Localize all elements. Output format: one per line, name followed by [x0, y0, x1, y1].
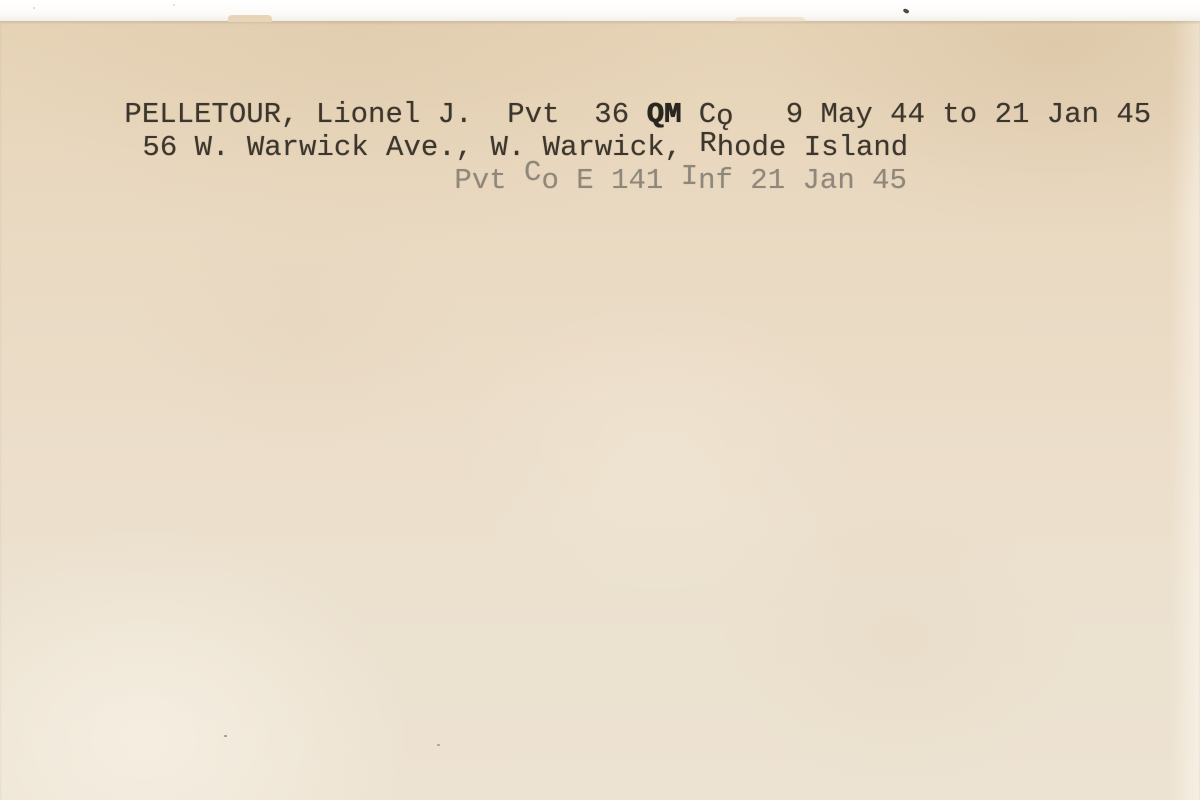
transfer-unit-text: o E 141 [541, 164, 680, 197]
transfer-rank-text: Pvt [454, 164, 524, 197]
dust-speck [173, 4, 175, 6]
company-initial-raised-text: C [524, 156, 541, 189]
scanned-index-card-page: PELLETOUR, Lionel J. Pvt 36 QM Cǫ 9 May … [0, 0, 1200, 800]
typed-line-transfer: Pvt Co E 141 Inf 21 Jan 45 [350, 131, 907, 230]
dust-speck [437, 744, 440, 746]
card-edge-irregularity [735, 17, 805, 22]
dust-speck [902, 8, 909, 15]
transfer-date-text: nf 21 Jan 45 [698, 164, 907, 197]
dust-speck [33, 7, 35, 9]
infantry-initial-raised-text: I [681, 160, 698, 193]
dust-speck [224, 735, 227, 737]
index-card: PELLETOUR, Lionel J. Pvt 36 QM Cǫ 9 May … [0, 21, 1200, 800]
scanner-background-band [0, 0, 1200, 21]
card-edge-irregularity [228, 15, 272, 22]
